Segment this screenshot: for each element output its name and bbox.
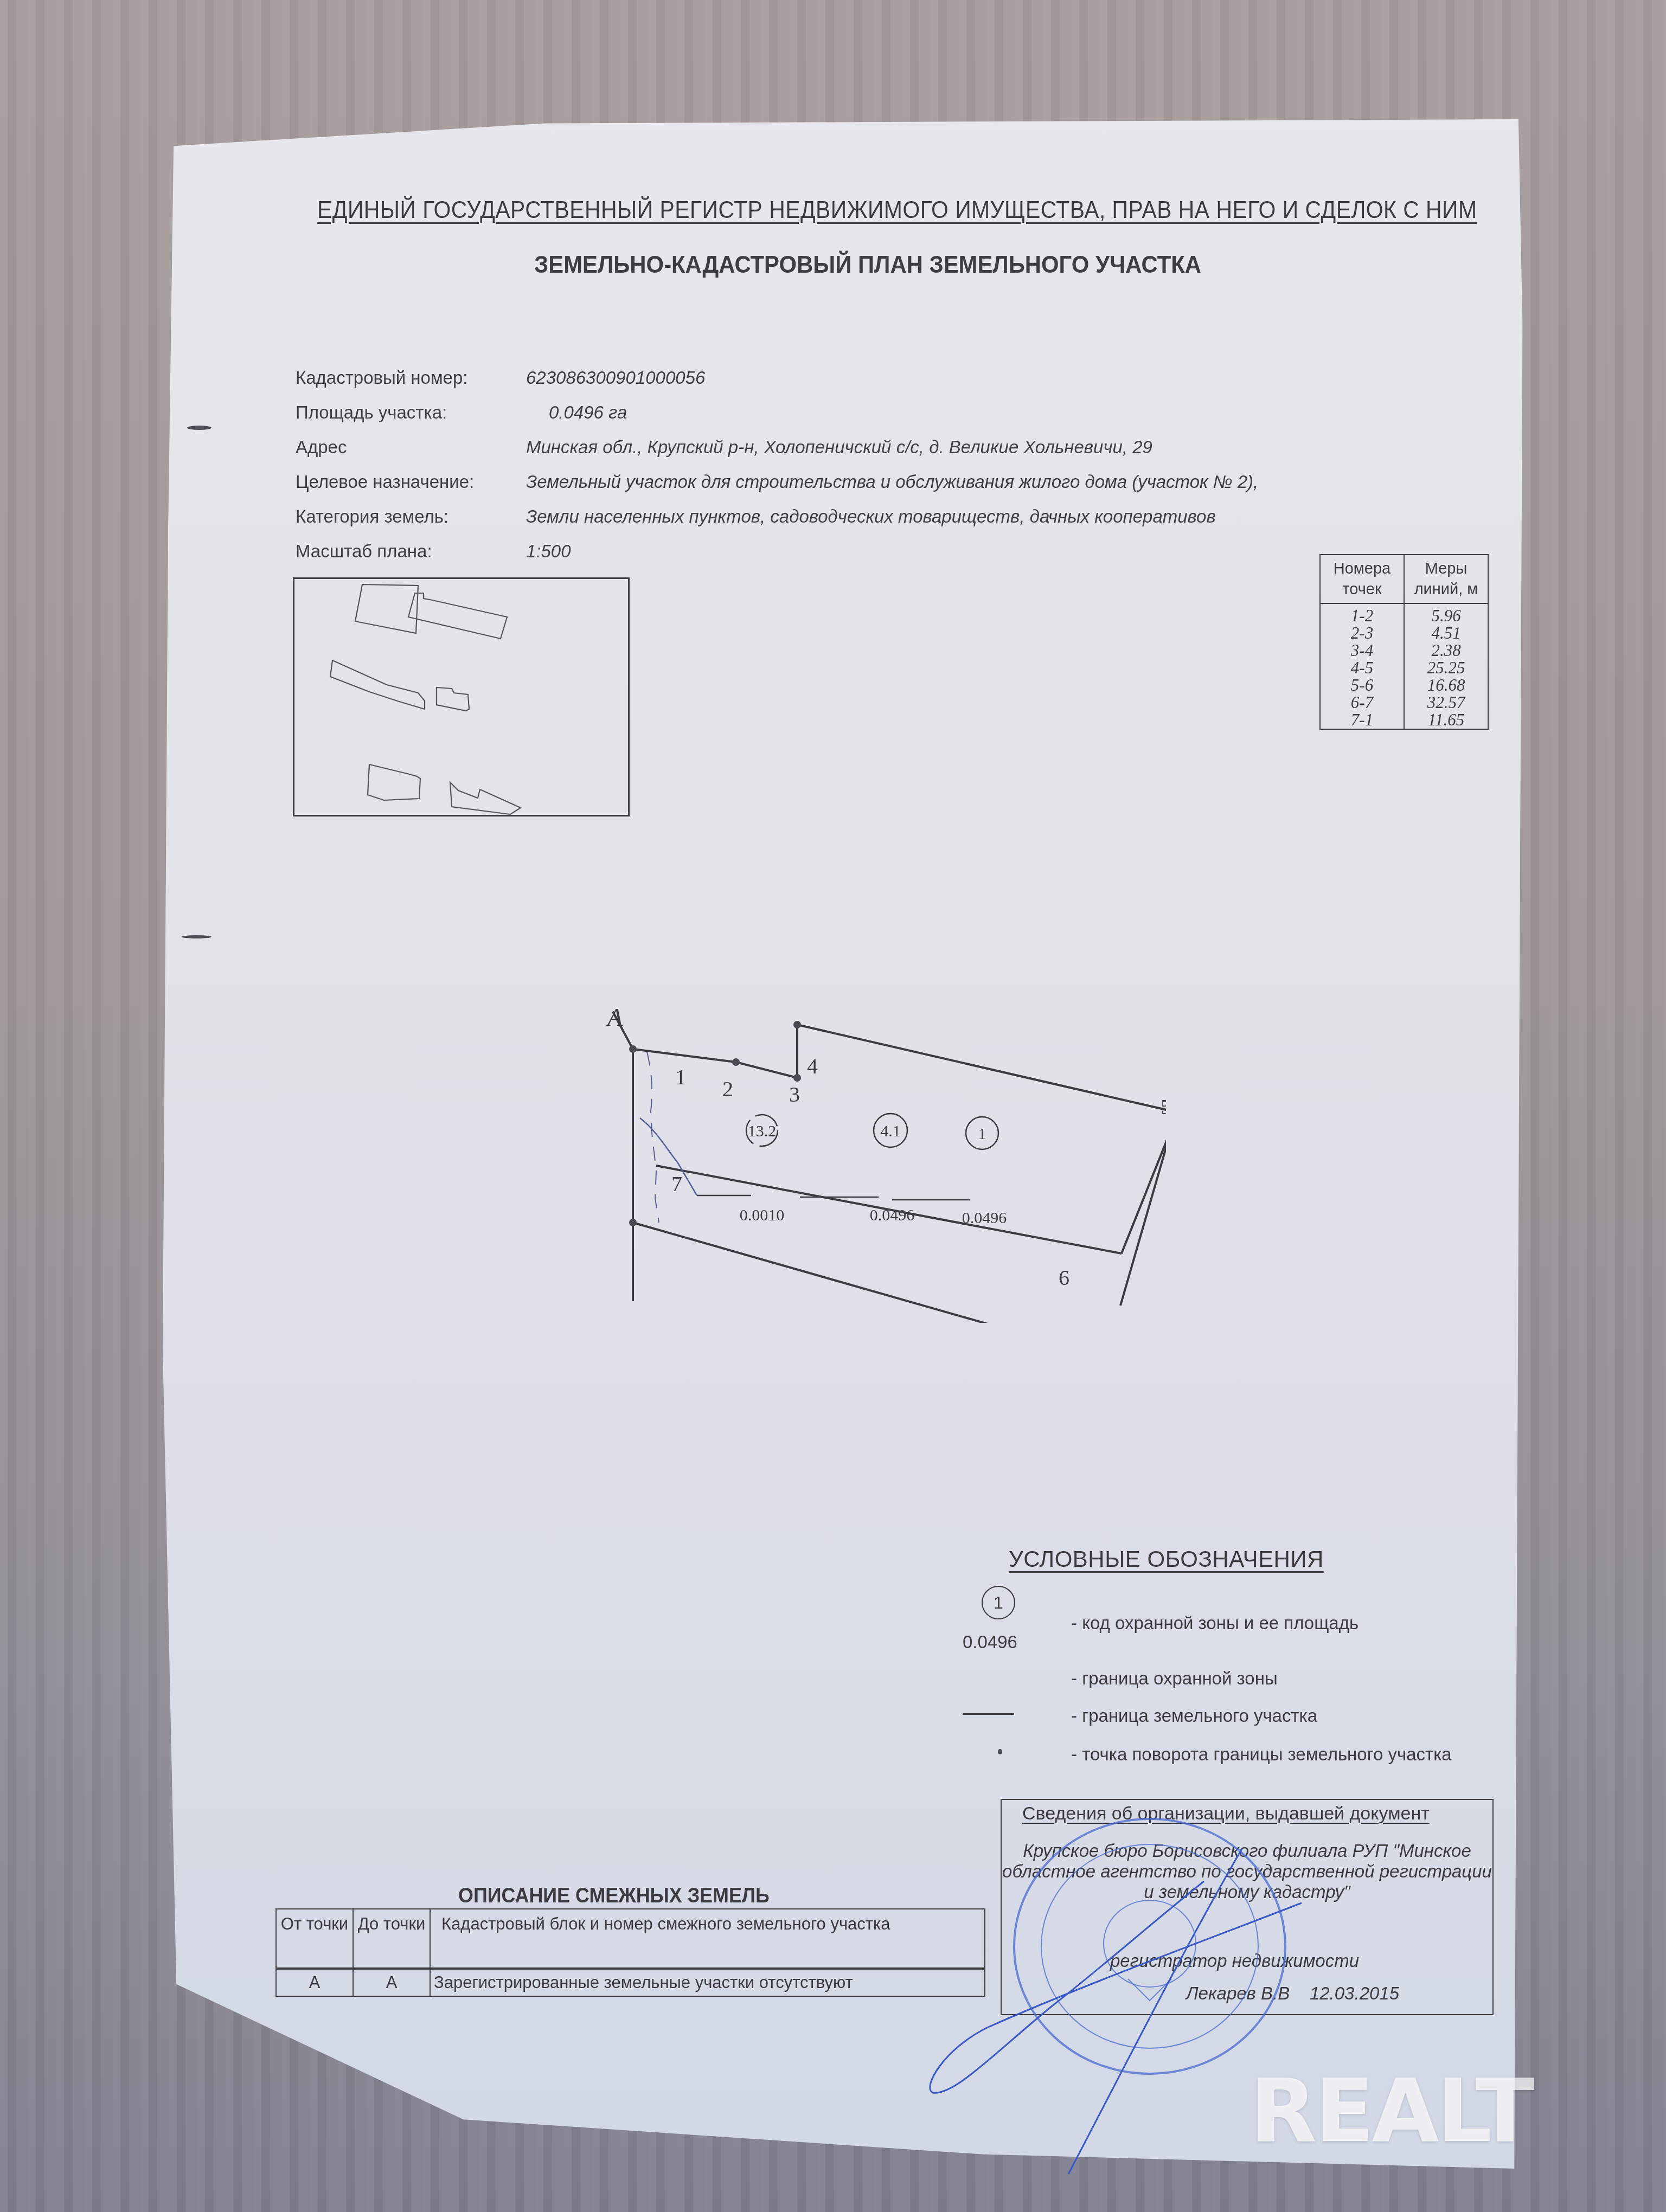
zone-area-3: 0.0496 [962, 1209, 1007, 1227]
header-point-numbers: Номера точек [1320, 555, 1404, 603]
zone-area-2: 0.0496 [870, 1206, 915, 1224]
point-label-7: 7 [671, 1172, 682, 1196]
parcel-properties: Кадастровый номер: 623086300901000056 Пл… [296, 361, 1258, 569]
line-measures-table: Номера точек Меры линий, м 1-25.96 2-34.… [1319, 554, 1489, 730]
zone-area-sample: 0.0496 [963, 1632, 1017, 1652]
point-label-1: 1 [675, 1065, 686, 1089]
adjacent-lands-title: ОПИСАНИЕ СМЕЖНЫХ ЗЕМЕЛЬ [458, 1884, 770, 1908]
zone-code-1: 13.2 [748, 1122, 777, 1140]
cadastral-plan-drawing: A 1 2 3 4 5 6 7 13.2 0.0010 4.1 0.0496 1… [597, 976, 1166, 1323]
property-scale: Масштаб плана: 1:500 [296, 534, 1258, 569]
neighbouring-parcels-sketch [294, 579, 628, 815]
zone-code-2: 4.1 [880, 1122, 901, 1140]
legend-item-zone-boundary: - граница охранной зоны [1071, 1668, 1278, 1689]
point-label-5: 5 [1161, 1095, 1166, 1119]
point-label-4: 4 [807, 1054, 818, 1078]
zone-code-sample-icon: 1 [982, 1586, 1015, 1619]
table-row: 1-25.96 [1320, 603, 1488, 625]
point-label-3: 3 [789, 1082, 800, 1107]
table-row: 6-732.57 [1320, 694, 1488, 711]
legend-item-parcel-boundary: - граница земельного участка [1071, 1706, 1317, 1726]
table-row: 2-34.51 [1320, 625, 1488, 642]
point-label-6: 6 [1059, 1265, 1069, 1290]
registry-header: ЕДИНЫЙ ГОСУДАРСТВЕННЫЙ РЕГИСТР НЕДВИЖИМО… [317, 197, 1477, 224]
property-address: Адрес Минская обл., Крупский р-н, Холопе… [296, 430, 1258, 465]
header-to-point: До точки [353, 1909, 430, 1969]
property-cadastral-number: Кадастровый номер: 623086300901000056 [296, 361, 1258, 395]
property-purpose: Целевое назначение: Земельный участок дл… [296, 465, 1258, 499]
zone-area-1: 0.0010 [740, 1206, 785, 1224]
punch-mark [187, 426, 212, 430]
legend-title: УСЛОВНЫЕ ОБОЗНАЧЕНИЯ [1009, 1546, 1324, 1572]
location-overview-map [293, 577, 630, 816]
header-adjacent-parcel: Кадастровый блок и номер смежного земель… [430, 1909, 985, 1969]
property-area: Площадь участка: 0.0496 га [296, 395, 1258, 430]
legend-item-turning-point: - точка поворота границы земельного учас… [1071, 1744, 1452, 1765]
punch-mark [182, 935, 212, 938]
property-category: Категория земель: Земли населенных пункт… [296, 499, 1258, 534]
boundary-6-7 [633, 1223, 1120, 1323]
header-line-lengths: Меры линий, м [1404, 555, 1488, 603]
table-row: 7-111.65 [1320, 711, 1488, 729]
legend-item-zone-code: - код охранной зоны и ее площадь [1071, 1613, 1359, 1634]
table-row: А А Зарегистрированные земельные участки… [276, 1969, 985, 1996]
start-point-label: A [606, 1004, 623, 1031]
point-label-2: 2 [722, 1077, 733, 1101]
signature-icon [930, 1849, 1302, 2174]
realt-watermark: REALT [1250, 2060, 1533, 2162]
parcel-boundary-line-icon [963, 1713, 1014, 1715]
document-title: ЗЕМЕЛЬНО-КАДАСТРОВЫЙ ПЛАН ЗЕМЕЛЬНОГО УЧА… [534, 250, 1201, 279]
table-row: 5-616.68 [1320, 677, 1488, 694]
turning-point-dot-icon [998, 1749, 1002, 1754]
zone-code-3: 1 [978, 1125, 986, 1143]
header-from-point: От точки [276, 1909, 353, 1969]
table-row: 3-42.38 [1320, 642, 1488, 659]
table-row: 4-525.25 [1320, 659, 1488, 677]
adjacent-lands-table: От точки До точки Кадастровый блок и ном… [275, 1908, 985, 1997]
